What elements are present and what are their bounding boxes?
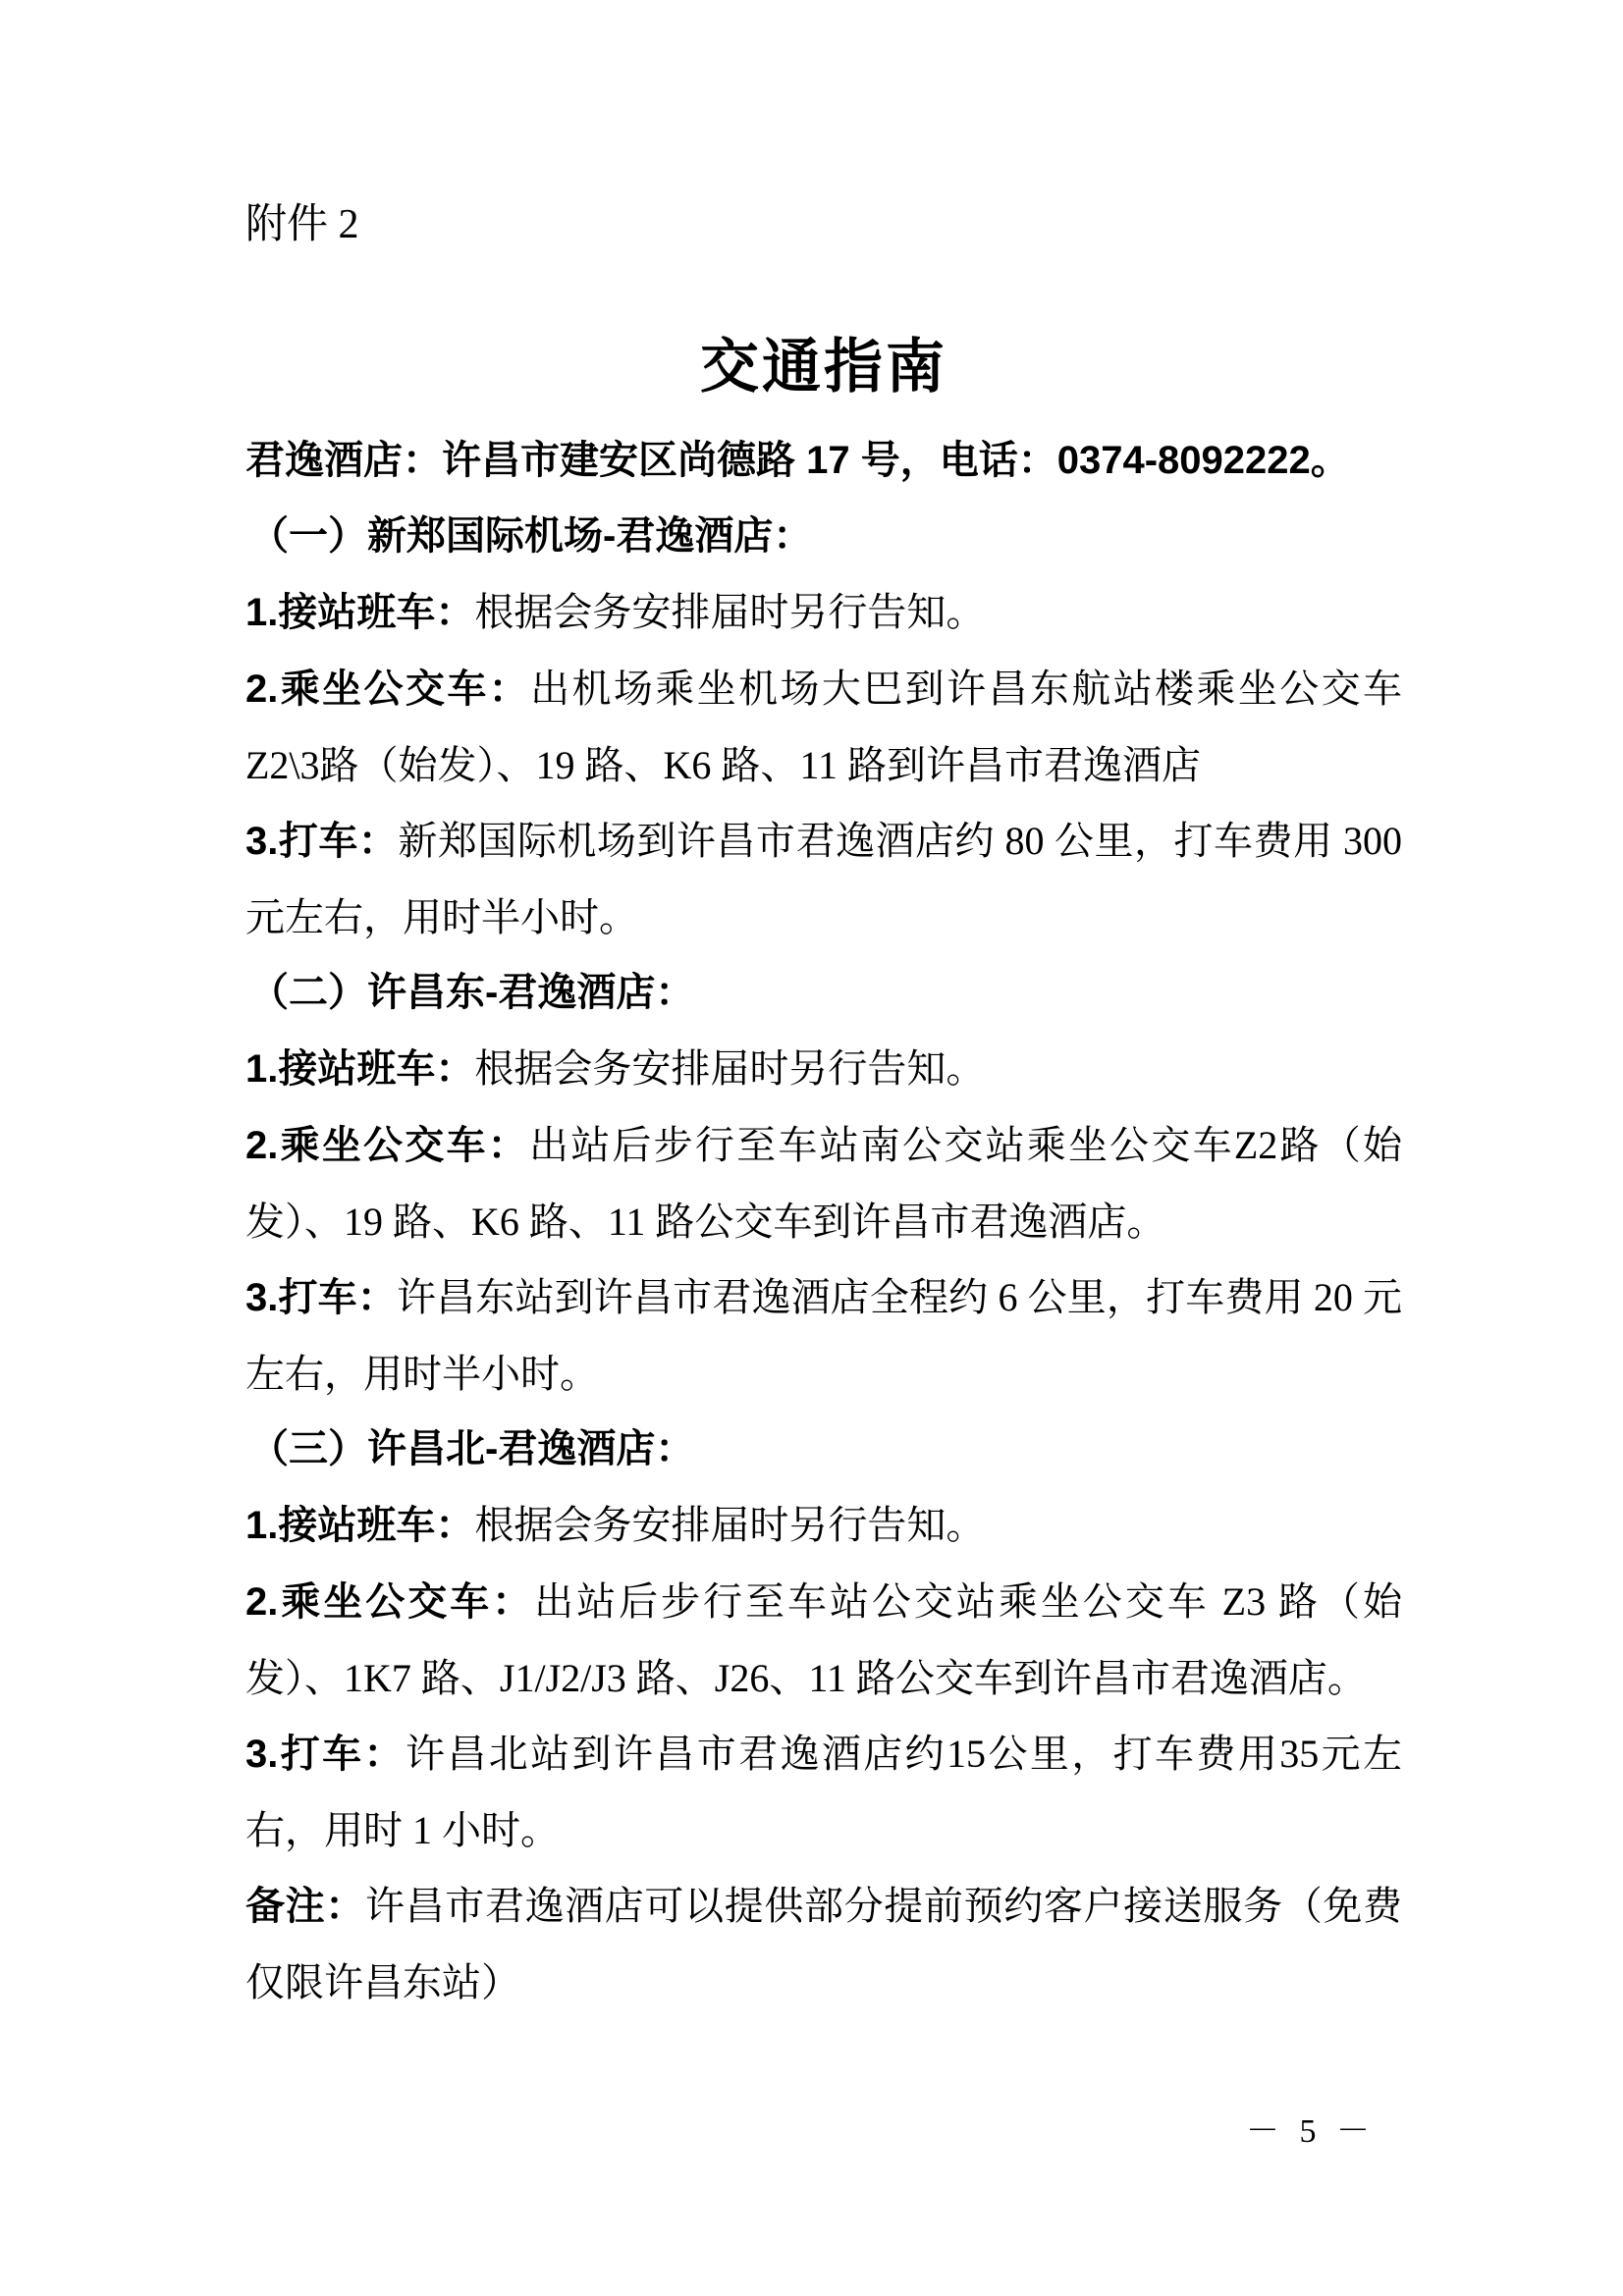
section-3-item-3-label: 3.打车： [245, 1733, 406, 1776]
section-1-heading: （一）新郑国际机场-君逸酒店： [245, 499, 1402, 574]
hotel-name-label: 君逸酒店： [245, 439, 442, 482]
note-line: 备注：许昌市君逸酒店可以提供部分提前预约客户接送服务（免费仅限许昌东站） [245, 1868, 1402, 2020]
hotel-address-text: 许昌市建安区尚德路 17 号，电话：0374-8092222。 [442, 439, 1350, 482]
attachment-label: 附件 2 [245, 201, 1402, 248]
section-3-item-1: 1.接站班车：根据会务安排届时另行告知。 [245, 1487, 1402, 1564]
section-3-heading: （三）许昌北-君逸酒店： [245, 1412, 1402, 1487]
section-2-item-3-text: 许昌东站到许昌市君逸酒店全程约 6 公里，打车费用 20 元左右，用时半小时。 [245, 1275, 1402, 1396]
note-label: 备注： [245, 1885, 365, 1928]
section-3-item-3-text: 许昌北站到许昌市君逸酒店约15公里，打车费用35元左右，用时 1 小时。 [245, 1732, 1402, 1852]
page-number: － 5 － [1246, 2112, 1376, 2152]
section-3-item-1-label: 1.接站班车： [245, 1504, 474, 1547]
section-1-item-2: 2.乘坐公交车：出机场乘坐机场大巴到许昌东航站楼乘坐公交车Z2\3路（始发）、1… [245, 651, 1402, 803]
section-1-item-1-label: 1.接站班车： [245, 591, 474, 634]
document-page: 附件 2 交通指南 君逸酒店：许昌市建安区尚德路 17 号，电话：0374-80… [0, 0, 1623, 2296]
section-2-item-3-label: 3.打车： [245, 1276, 397, 1319]
section-1-item-1-text: 根据会务安排届时另行告知。 [474, 590, 985, 634]
section-3-item-3: 3.打车：许昌北站到许昌市君逸酒店约15公里，打车费用35元左右，用时 1 小时… [245, 1716, 1402, 1868]
section-1-item-3-label: 3.打车： [245, 820, 398, 863]
section-3-item-2: 2.乘坐公交车：出站后步行至车站公交站乘坐公交车 Z3 路（始发）、1K7 路、… [245, 1564, 1402, 1716]
note-text: 许昌市君逸酒店可以提供部分提前预约客户接送服务（免费仅限许昌东站） [245, 1884, 1402, 2004]
section-2-item-2: 2.乘坐公交车：出站后步行至车站南公交站乘坐公交车Z2路（始发）、19 路、K6… [245, 1107, 1402, 1259]
section-1-item-2-label: 2.乘坐公交车： [245, 667, 530, 711]
hotel-address-line: 君逸酒店：许昌市建安区尚德路 17 号，电话：0374-8092222。 [245, 423, 1402, 499]
section-2-item-1: 1.接站班车：根据会务安排届时另行告知。 [245, 1031, 1402, 1107]
section-2-item-3: 3.打车：许昌东站到许昌市君逸酒店全程约 6 公里，打车费用 20 元左右，用时… [245, 1259, 1402, 1412]
section-2-item-2-label: 2.乘坐公交车： [245, 1124, 529, 1167]
section-1-item-1: 1.接站班车：根据会务安排届时另行告知。 [245, 574, 1402, 651]
section-3-item-1-text: 根据会务安排届时另行告知。 [474, 1503, 985, 1547]
section-1-item-3: 3.打车：新郑国际机场到许昌市君逸酒店约 80 公里，打车费用 300 元左右，… [245, 803, 1402, 955]
section-3-item-2-label: 2.乘坐公交车： [245, 1580, 534, 1624]
document-body: 君逸酒店：许昌市建安区尚德路 17 号，电话：0374-8092222。 （一）… [245, 423, 1402, 2020]
section-2-heading: （二）许昌东-君逸酒店： [245, 955, 1402, 1031]
section-1-item-3-text: 新郑国际机场到许昌市君逸酒店约 80 公里，打车费用 300 元左右，用时半小时… [245, 819, 1402, 939]
section-2-item-1-text: 根据会务安排届时另行告知。 [474, 1046, 985, 1091]
document-title: 交通指南 [245, 335, 1402, 400]
section-2-item-1-label: 1.接站班车： [245, 1047, 474, 1091]
